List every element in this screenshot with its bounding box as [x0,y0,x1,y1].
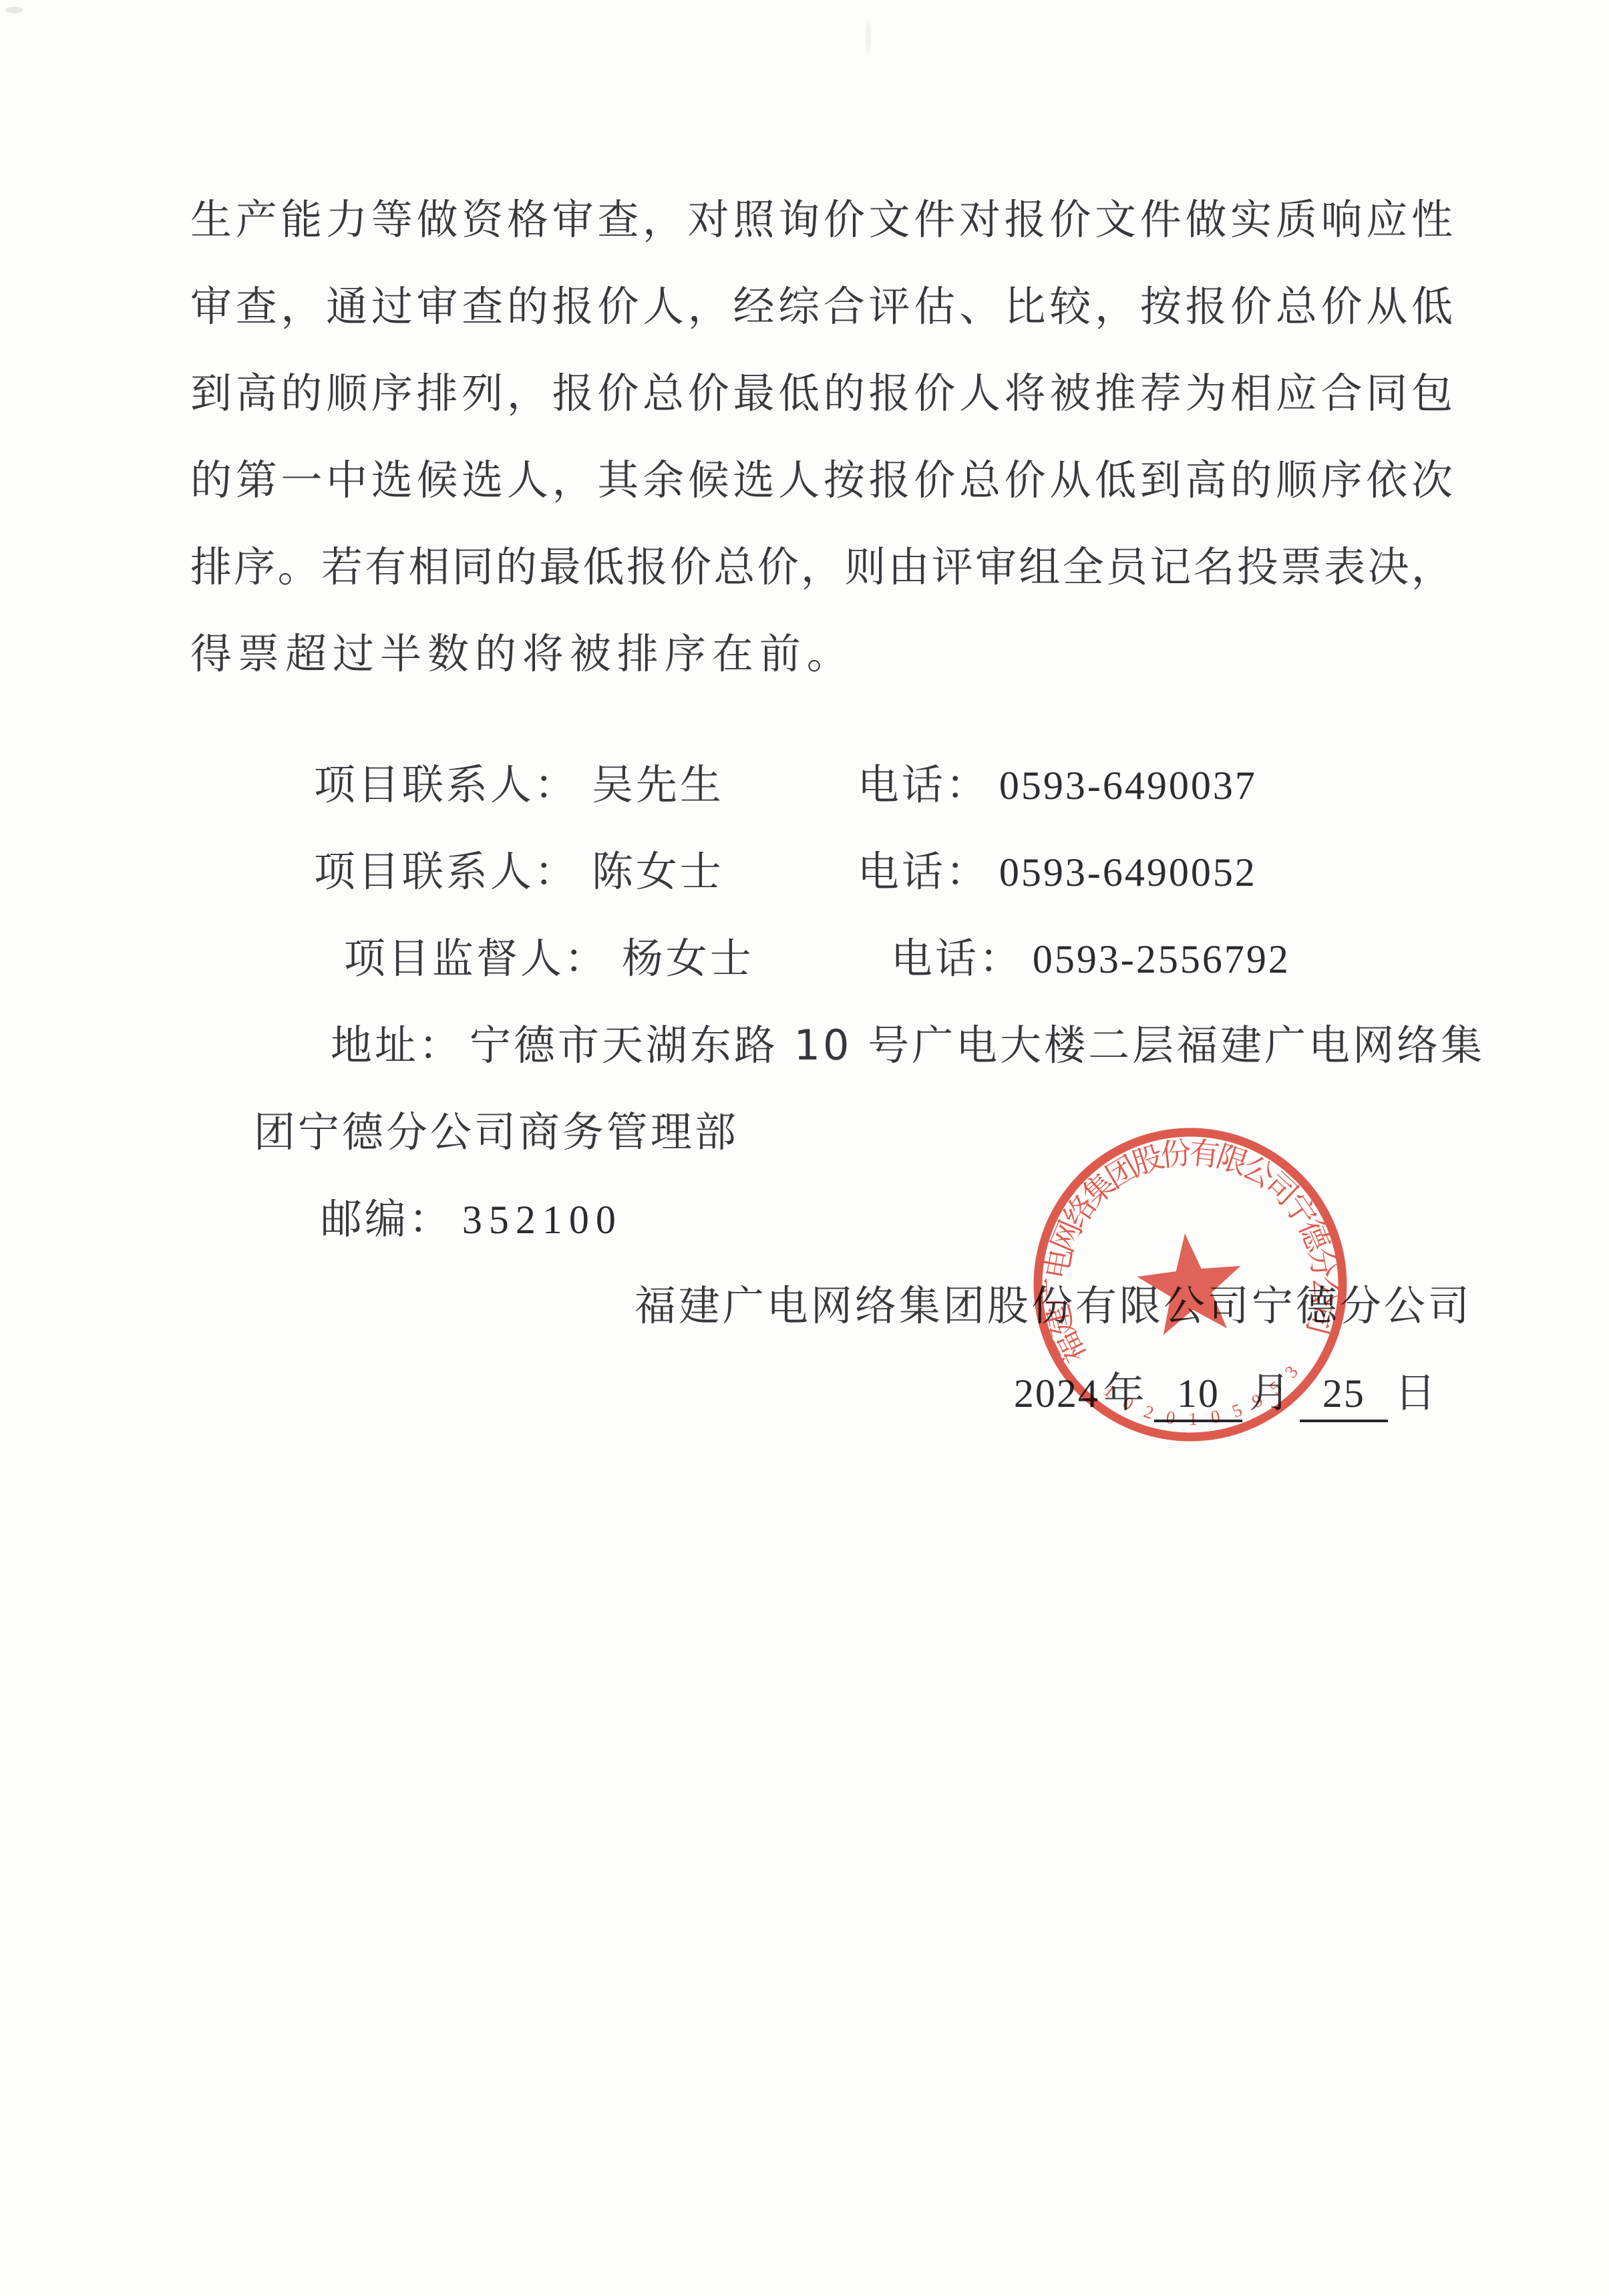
paragraph-line: 生产能力等做资格审查，对照询价文件对报价文件做实质响应性 [190,198,1453,242]
paragraph-line: 到高的顺序排列，报价总价最低的报价人将被推荐为相应合同包 [190,371,1453,416]
address-text: 团宁德分公司商务管理部 [254,1108,739,1156]
contact-name: 杨女士 [622,934,754,983]
star-icon [1133,1228,1247,1337]
contact-label: 项目联系人： [314,847,578,896]
contact-name: 陈女士 [592,847,724,896]
postal-code: 352100 [462,1198,622,1242]
paragraph-line: 审查，通过审查的报价人，经综合评估、比较，按报价总价从低 [190,285,1453,329]
contact-label: 项目联系人： [314,760,578,809]
phone-number: 0593-2556792 [1033,937,1290,981]
company-seal: 福建广电网络集团股份有限公司宁德分公司 1020105953 [1017,1111,1365,1459]
contact-name: 吴先生 [592,760,724,809]
phone-number: 0593-6490037 [999,764,1257,808]
scan-speck [866,20,871,53]
contact-label: 项目监督人： [344,934,608,983]
postal-label: 邮编： [321,1194,453,1243]
phone-number: 0593-6490052 [999,850,1257,894]
paragraph-line: 得票超过半数的将被排序在前。 [190,632,848,676]
postal-row: 邮编：352100 [257,1153,622,1286]
date-day-unit: 日 [1395,1368,1439,1417]
scanned-document-page: { "document": { "paragraph_lines": [ "生产… [0,0,1609,2296]
page-background: 生产能力等做资格审查，对照询价文件对报价文件做实质响应性 审查，通过审查的报价人… [0,0,1609,2296]
phone-label: 电话： [858,847,990,896]
phone-label: 电话： [858,760,990,809]
phone-label: 电话： [891,934,1023,983]
paragraph-line: 的第一中选候选人，其余候选人按报价总价从低到高的顺序依次 [190,458,1453,502]
scan-speck [5,7,23,13]
address-label: 地址： [331,1021,463,1070]
paragraph-line: 排序。若有相同的最低报价总价，则由评审组全员记名投票表决， [190,545,1453,589]
address-text: 宁德市天湖东路 10 号广电大楼二层福建广电网络集 [470,1021,1485,1070]
